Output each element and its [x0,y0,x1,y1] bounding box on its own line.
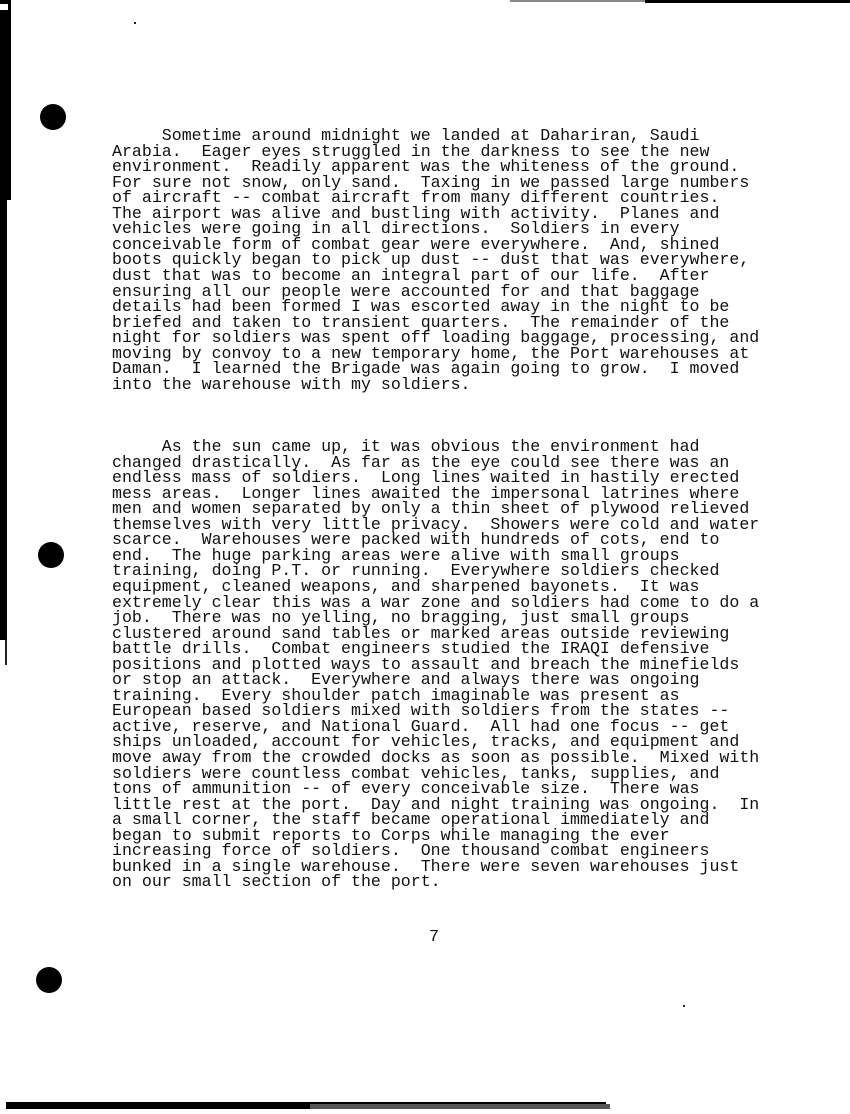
page-number: 7 [429,927,439,946]
scan-edge-left-lower [0,200,7,640]
scan-edge-notch [0,4,8,10]
scan-speck [683,1005,685,1007]
scan-edge-top [645,0,850,3]
punch-hole-top [40,104,66,130]
document-body: Sometime around midnight we landed at Da… [112,97,832,921]
punch-hole-middle [38,542,64,568]
text-line: on our small section of the port. [112,872,441,891]
scan-speck [134,22,136,24]
scan-edge-left [0,0,11,200]
scan-edge-top-gray [510,0,650,2]
scan-edge-left-tail [5,640,7,665]
scan-edge-bottom-fade [310,1104,610,1109]
text-line: into the warehouse with my soldiers. [112,375,470,394]
paragraph-2: As the sun came up, it was obvious the e… [112,439,832,890]
paragraph-1: Sometime around midnight we landed at Da… [112,128,832,392]
punch-hole-bottom [36,967,62,993]
